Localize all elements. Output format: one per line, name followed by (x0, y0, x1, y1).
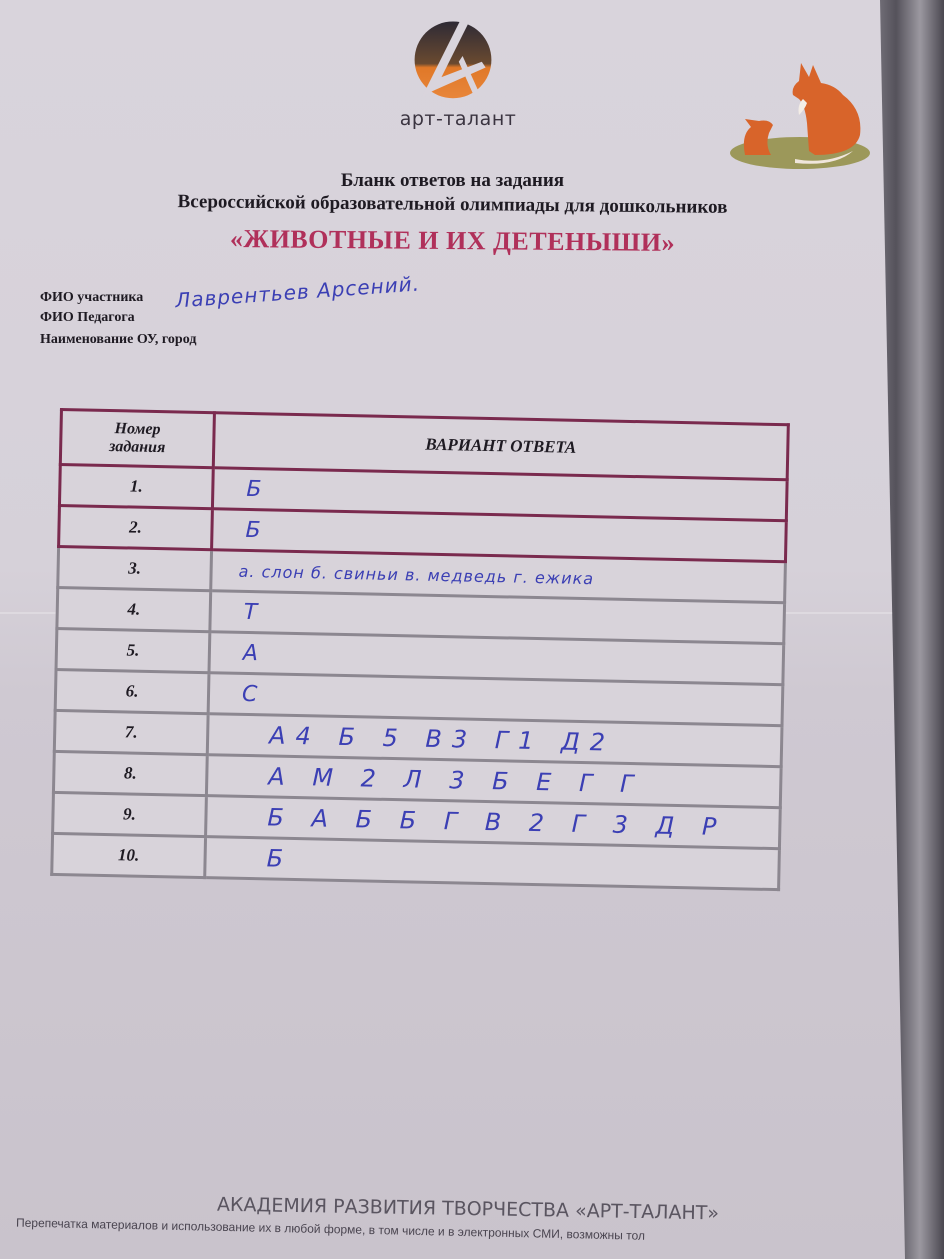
column-header-number-line1: Номер (114, 420, 160, 438)
fox-illustration-icon (725, 55, 875, 175)
olympiad-name: Всероссийской образовательной олимпиады … (0, 189, 905, 220)
logo-text: арт-талант (388, 108, 528, 130)
task-number: 8. (53, 751, 207, 795)
column-header-number-line2: задания (109, 438, 166, 456)
task-number: 1. (59, 465, 213, 509)
task-number: 9. (53, 792, 207, 836)
task-number: 5. (56, 628, 210, 672)
olympiad-theme: «ЖИВОТНЫЕ И ИХ ДЕТЕНЫШИ» (0, 222, 905, 260)
participant-name-field[interactable]: Лаврентьев Арсений. (174, 271, 420, 312)
task-number: 2. (59, 506, 213, 550)
task-number: 3. (58, 547, 212, 591)
participant-label: ФИО участника (40, 290, 143, 306)
task-number: 7. (54, 710, 208, 754)
task-number: 10. (52, 833, 206, 877)
art-talant-logo-icon (405, 8, 501, 104)
school-label: Наименование ОУ, город (40, 332, 196, 348)
answers-table: Номер задания ВАРИАНТ ОТВЕТА 1. Б 2. Б 3… (50, 408, 790, 891)
task-number: 6. (55, 669, 209, 713)
teacher-label: ФИО Педагога (40, 310, 135, 326)
form-title: Бланк ответов на задания (0, 170, 905, 192)
task-number: 4. (57, 587, 211, 631)
answer-sheet: арт-талант Бланк ответов на задания Всер… (0, 0, 905, 1259)
column-header-number: Номер задания (60, 410, 214, 468)
